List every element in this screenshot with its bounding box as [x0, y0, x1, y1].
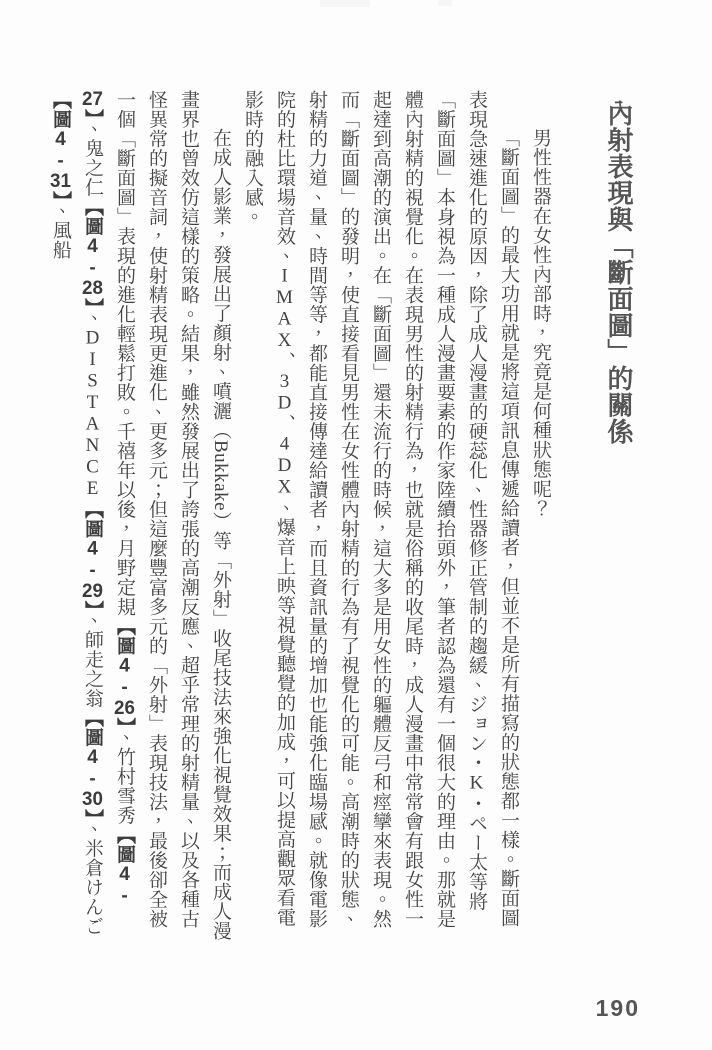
text-segment: 男性性器在女性內部時，究竟是何種狀態呢？ — [530, 128, 551, 518]
figure-reference: 】 — [82, 109, 103, 119]
figure-reference: 】 — [82, 298, 103, 308]
figure-reference: 】 — [82, 809, 103, 819]
text-segment: 、DISTANCE — [82, 308, 103, 500]
figure-reference: 【圖4- — [82, 708, 103, 790]
figure-reference: 】 — [82, 601, 103, 611]
figure-reference: 28 — [82, 279, 103, 298]
text-segment: 、風船 — [50, 201, 71, 260]
figure-reference: 31 — [50, 172, 71, 191]
paragraph: 在成人影業，發展出了顏射、噴灑（Bukkake）等「外射」收尾技法來強化視覺效果… — [44, 90, 236, 946]
figure-reference: 【圖4- — [82, 500, 103, 582]
text-segment: 、竹村雪秀 — [114, 728, 135, 826]
text-segment: 、鬼之仁 — [82, 119, 103, 197]
text-segment: 在成人影業，發展出了顏射、噴灑（ — [210, 128, 231, 440]
figure-reference: 【圖4- — [50, 90, 71, 172]
figure-reference: 29 — [82, 582, 103, 601]
paragraph: 「斷面圖」的最大功用就是將這項訊息傳遞給讀者，但並不是所有描寫的狀態都一樣。斷面… — [236, 90, 524, 946]
scan-artifact — [438, 0, 452, 6]
article: 內射表現與「斷面圖」的關係 男性性器在女性內部時，究竟是何種狀態呢？「斷面圖」的… — [44, 90, 642, 946]
figure-reference: 30 — [82, 790, 103, 809]
body-text: 男性性器在女性內部時，究竟是何種狀態呢？「斷面圖」的最大功用就是將這項訊息傳遞給… — [44, 90, 556, 946]
figure-reference: 】 — [114, 718, 135, 728]
text-segment: 、師走之翁 — [82, 611, 103, 709]
page-number: 190 — [596, 995, 640, 1022]
text-segment: 「斷面圖」的最大功用就是將這項訊息傳遞給讀者，但並不是所有描寫的狀態都一樣。斷面… — [242, 90, 519, 929]
chapter-title: 內射表現與「斷面圖」的關係 — [596, 90, 642, 946]
figure-reference: 【圖4- — [114, 617, 135, 699]
figure-reference: 26 — [114, 699, 135, 718]
scan-artifact — [320, 0, 370, 7]
figure-reference: 27 — [82, 90, 103, 109]
paragraph: 男性性器在女性內部時，究竟是何種狀態呢？ — [524, 90, 556, 946]
figure-reference: 【圖4- — [114, 825, 135, 907]
figure-reference: 【圖4- — [82, 197, 103, 279]
figure-reference: 】 — [50, 191, 71, 201]
text-segment: Bukkake — [210, 440, 231, 511]
book-page: 內射表現與「斷面圖」的關係 男性性器在女性內部時，究竟是何種狀態呢？「斷面圖」的… — [0, 0, 712, 1050]
text-segment: 、米倉けんご — [82, 819, 103, 936]
